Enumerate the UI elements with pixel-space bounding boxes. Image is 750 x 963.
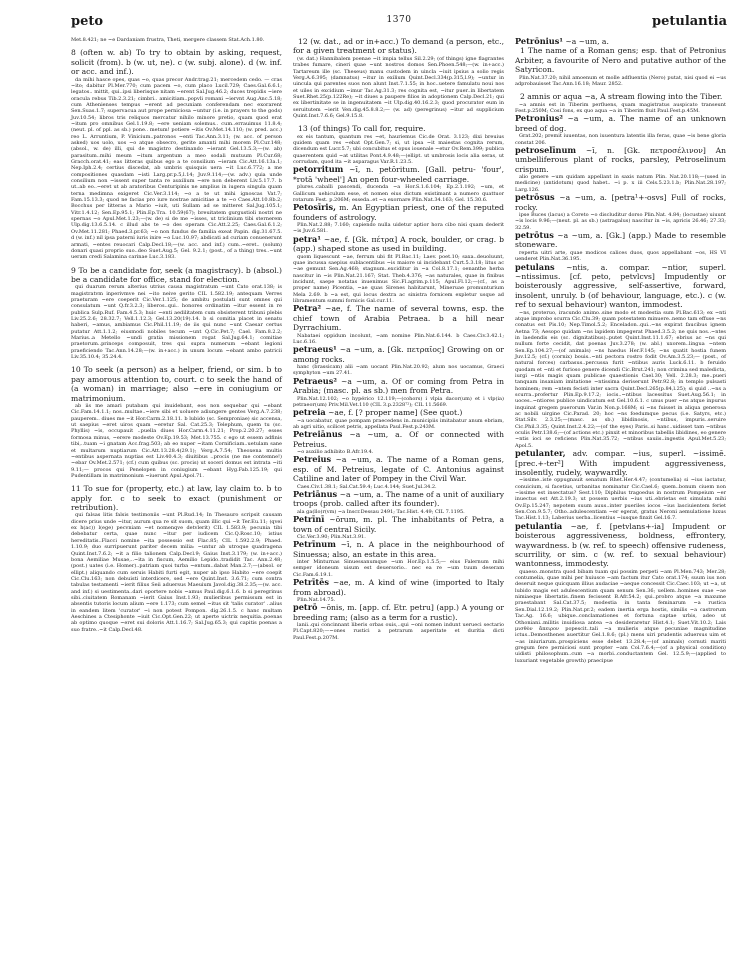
entry-definition: ~ae, f. [? proper name] (See quot.) xyxy=(326,408,463,417)
headword: Petreius xyxy=(293,454,331,464)
headword: petra¹ xyxy=(293,234,321,244)
dictionary-entry: petulans ~ntis, a. compar. ~ntior, super… xyxy=(515,263,726,310)
page-number: 1370 xyxy=(71,15,727,25)
dictionary-entry: Petreiānus ~a ~um, a. Of or connected wi… xyxy=(293,430,504,449)
headword: Petriānus xyxy=(293,489,337,499)
entry-definition: ~ōnis, m. [app. cf. Etr. petru] (app.) A… xyxy=(293,603,504,621)
dictionary-entry: Petriānus ~a ~um, a. The name of a unit … xyxy=(293,490,504,509)
sense-definition: 13 (of things) To call for, require. xyxy=(293,124,504,133)
sense-definition: 9 To be a candidate for, seek (a magistr… xyxy=(71,266,282,285)
running-head: peto 1370 petulantia xyxy=(71,14,727,34)
citation-block: ipse Buces (lacus) a Coreto ~o discludit… xyxy=(515,212,726,231)
dictionary-entry: petrōsus ~a ~um, a. [petra¹+-osvs] Full … xyxy=(515,193,726,212)
headword: petraeus¹ xyxy=(293,344,337,354)
dictionary-entry: Petraeus² ~a ~um, a. Of or coming from P… xyxy=(293,377,504,396)
headword: Petronius² xyxy=(515,113,563,123)
sense-definition: 12 (w. dat., ad or in+acc.) To demand (a… xyxy=(293,37,504,56)
citation-block: qui duarum rerum alterius utrius causa m… xyxy=(71,284,282,360)
dictionary-entry: Petreius ~a ~um, a. The name of a Roman … xyxy=(293,455,504,483)
dictionary-entry: petrōtus ~a ~um, a. [Gk.] (app.) Made to… xyxy=(515,231,726,250)
citation-block: qui falsas litis falsis testimoniis ~unt… xyxy=(71,512,282,633)
dictionary-entry: Petosīris, m. An Egyptian priest, one of… xyxy=(293,203,504,222)
dictionary-entry: Petrīnum ~ī, n. A place in the neighbour… xyxy=(293,540,504,559)
headword: Petrītēs xyxy=(293,577,329,587)
headword: Petrīnī xyxy=(293,514,324,524)
dictionary-entry: petroselīnum ~ī, n. [Gk. πετροσέλινον] A… xyxy=(515,146,726,174)
headword: Petraeus² xyxy=(293,376,337,386)
headword: petrō xyxy=(293,602,318,612)
dictionary-entry: petraeus¹ ~a ~um, a. [Gk. πετραῖος] Grow… xyxy=(293,345,504,364)
entry-definition: ~a ~um, a. xyxy=(563,37,609,46)
headword: petulanter, xyxy=(515,448,566,458)
headword: petrōtus xyxy=(515,230,554,240)
headword: petulantia xyxy=(515,521,562,531)
sense-definition: 11 To sue for (property, etc.) at law, l… xyxy=(71,484,282,512)
citation-block: ab iis me amari putabam qui inuidebant, … xyxy=(71,403,282,479)
dictionary-entry: petorritum ~ī, n. petōritum. [Gall. petr… xyxy=(293,165,504,184)
text-columns: Met.8.421; ne ~e Dardaniam frustra, Thet… xyxy=(71,37,727,664)
sense-definition: 1 The name of a Roman gens; esp. that of… xyxy=(515,46,726,74)
dictionary-entry: Petronius² ~a ~um, a. The name of an unk… xyxy=(515,114,726,133)
citation-block: Plin.Nat.37.20; nihil amoenum et molle a… xyxy=(515,75,726,88)
headword: petrōsus xyxy=(515,192,555,202)
column-right: Petrōnius¹ ~a ~um, a.1 The name of a Rom… xyxy=(515,37,726,664)
citation-block: plures..caballi pascendi, ducenda ~a Hor… xyxy=(293,184,504,203)
headword: petroselīnum xyxy=(515,145,576,155)
dictionary-entry: petra¹ ~ae, f. [Gk. πέτρα] A rock, bould… xyxy=(293,235,504,254)
dictionary-entry: petreia ~ae, f. [? proper name] (See quo… xyxy=(293,408,504,417)
citation-block: quom liquescunt ~ae, ferrum ubi fit Pl.B… xyxy=(293,254,504,305)
headword: petulans xyxy=(515,262,555,272)
citation-block: ~issime..iste oppugnauit senatum Rhet.He… xyxy=(515,477,726,521)
citation-block: Met.8.421; ne ~e Dardaniam frustra, Thet… xyxy=(71,37,282,43)
headword: Petosīris, xyxy=(293,202,336,212)
citation-block: (w. dat.) Hannibalem poenae ~it impia te… xyxy=(293,56,504,119)
entry-definition: ~ōrum, m. pl. The inhabitants of Petra, … xyxy=(293,515,504,533)
dictionary-entry: Petrīnī ~ōrum, m. pl. The inhabitants of… xyxy=(293,515,504,534)
citation-block: quaeso..monstra quod bibam tuam qui poss… xyxy=(515,569,726,664)
running-head-last-word: petulantia xyxy=(652,14,727,29)
sense-definition: 8 (often w. ab) To try to obtain by aski… xyxy=(71,48,282,76)
headword: petorritum xyxy=(293,164,343,174)
citation-block: ~ns, proteruo, iracundo animo..sine modo… xyxy=(515,310,726,450)
sense-definition: 2 amnis or aqua ~a, A stream flowing int… xyxy=(515,92,726,101)
headword: Petreiānus xyxy=(293,429,342,439)
headword: Petra² xyxy=(293,303,321,313)
dictionary-entry: Petrōnius¹ ~a ~um, a. xyxy=(515,37,726,46)
dictionary-entry: Petra² ~ae, f. The name of several towns… xyxy=(293,304,504,332)
citation-block: Plin.Nat.2.88; 7.160; capiendo nulla uid… xyxy=(293,222,504,235)
headword: petreia xyxy=(293,407,326,417)
dictionary-entry: petulantia ~ae, f. [petvlans+-ia] Impude… xyxy=(515,522,726,569)
entry-definition: ~ae, f. The name of several towns, esp. … xyxy=(293,304,504,332)
headword: Petrīnum xyxy=(293,539,336,549)
dictionary-entry: Petrītēs ~ae, m. A kind of wine (importe… xyxy=(293,578,504,597)
column-left: Met.8.421; ne ~e Dardaniam frustra, Thet… xyxy=(71,37,282,664)
citation-block: alio genere ~um quidam appellant in saxi… xyxy=(515,174,726,193)
citation-block: ex eis tantum, quantum res ~et, hauriemu… xyxy=(293,134,504,166)
dictionary-entry: petrō ~ōnis, m. [app. cf. Etr. petru] (a… xyxy=(293,603,504,622)
citation-block: lanii..qui concinnant liberis orbas ouis… xyxy=(293,622,504,641)
dictionary-entry: petulanter, adv. compar. ~ius, superl. ~… xyxy=(515,449,726,477)
sense-definition: 10 To seek (a person) as a helper, frien… xyxy=(71,365,282,403)
headword: Petrōnius¹ xyxy=(515,36,563,46)
citation-block: inter Minturnas Sinuessanumque ~um Hor.E… xyxy=(293,559,504,578)
column-middle: 12 (w. dat., ad or in+acc.) To demand (a… xyxy=(293,37,504,664)
dictionary-page: peto 1370 petulantia Met.8.421; ne ~e Da… xyxy=(0,0,750,963)
citation-block: da mihi hasce opes, quas ~o, quas precor… xyxy=(71,77,282,261)
entry-definition: ~ae, f. [Gk. πέτρα] A rock, boulder, or … xyxy=(293,235,504,253)
